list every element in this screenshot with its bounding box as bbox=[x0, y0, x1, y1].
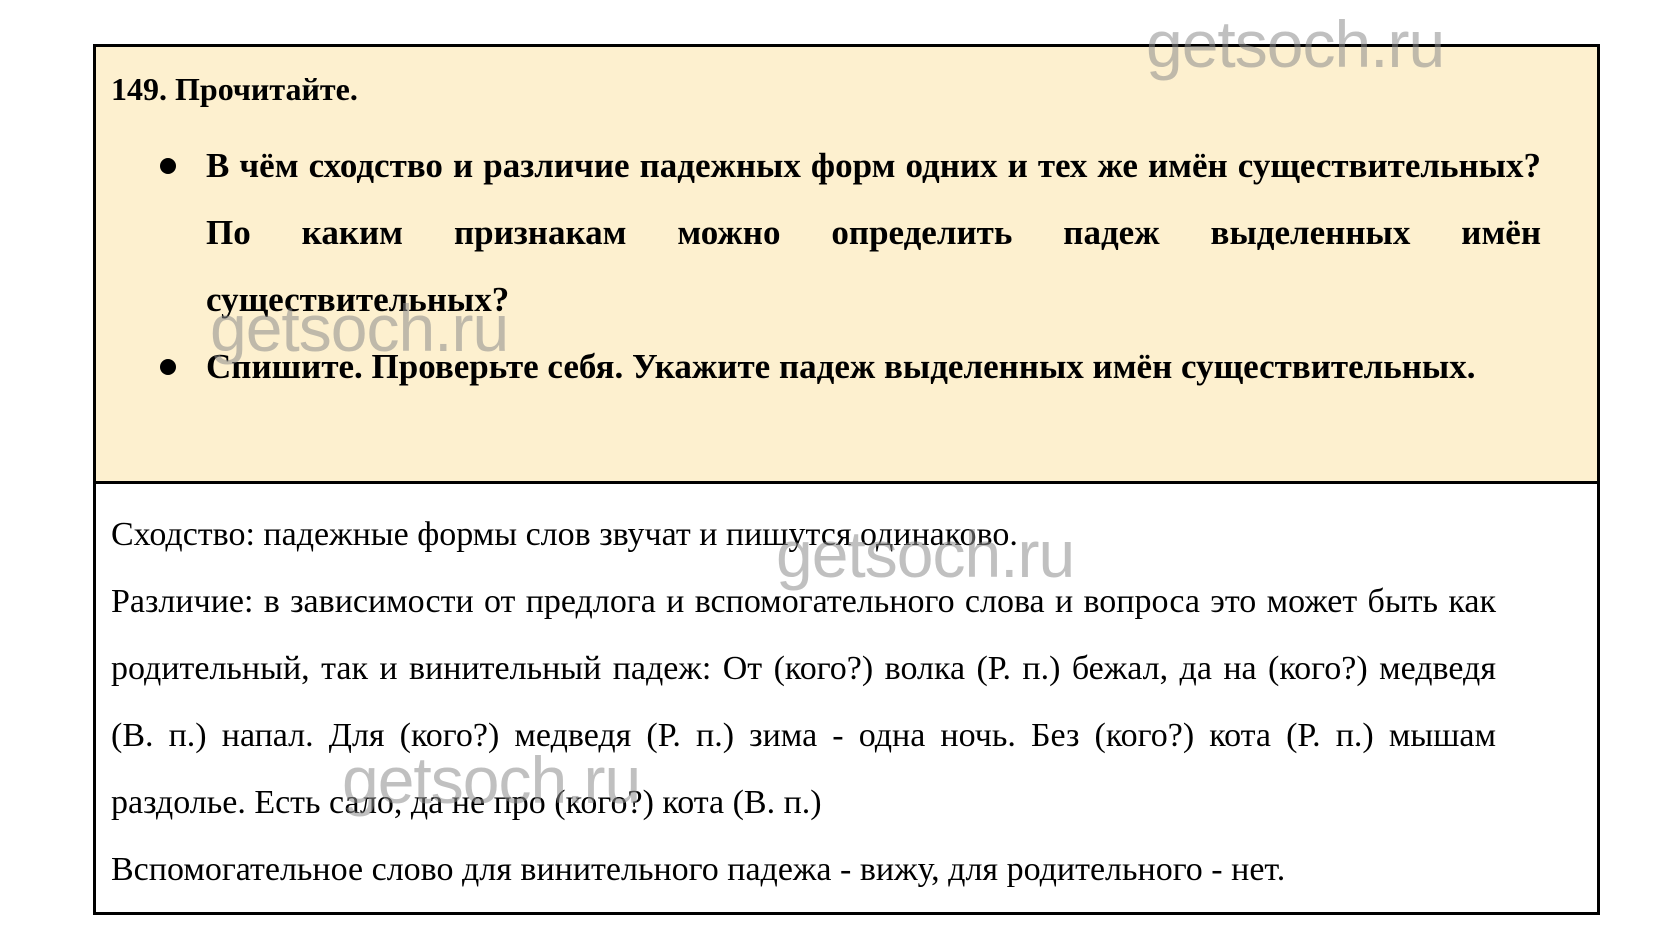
task-section: 149. Прочитайте. В чём сходство и различ… bbox=[96, 47, 1597, 484]
exercise-frame: 149. Прочитайте. В чём сходство и различ… bbox=[93, 44, 1600, 915]
answer-section: Сходство: падежные формы слов звучат и п… bbox=[111, 501, 1496, 903]
answer-difference: Различие: в зависимости от предлога и вс… bbox=[111, 568, 1496, 836]
instruction-item: Спишите. Проверьте себя. Укажите падеж в… bbox=[156, 333, 1541, 400]
instruction-text: Спишите. Проверьте себя. Укажите падеж в… bbox=[206, 347, 1476, 386]
instruction-item: В чём сходство и различие падежных форм … bbox=[156, 132, 1541, 333]
answer-similarity: Сходство: падежные формы слов звучат и п… bbox=[111, 501, 1496, 568]
bullet-icon bbox=[160, 158, 176, 174]
answer-helper-word: Вспомогательное слово для винительного п… bbox=[111, 836, 1496, 903]
task-instructions: В чём сходство и различие падежных форм … bbox=[156, 132, 1541, 400]
bullet-icon bbox=[160, 359, 176, 375]
instruction-text: В чём сходство и различие падежных форм … bbox=[206, 146, 1541, 319]
exercise-title: 149. Прочитайте. bbox=[111, 69, 358, 109]
